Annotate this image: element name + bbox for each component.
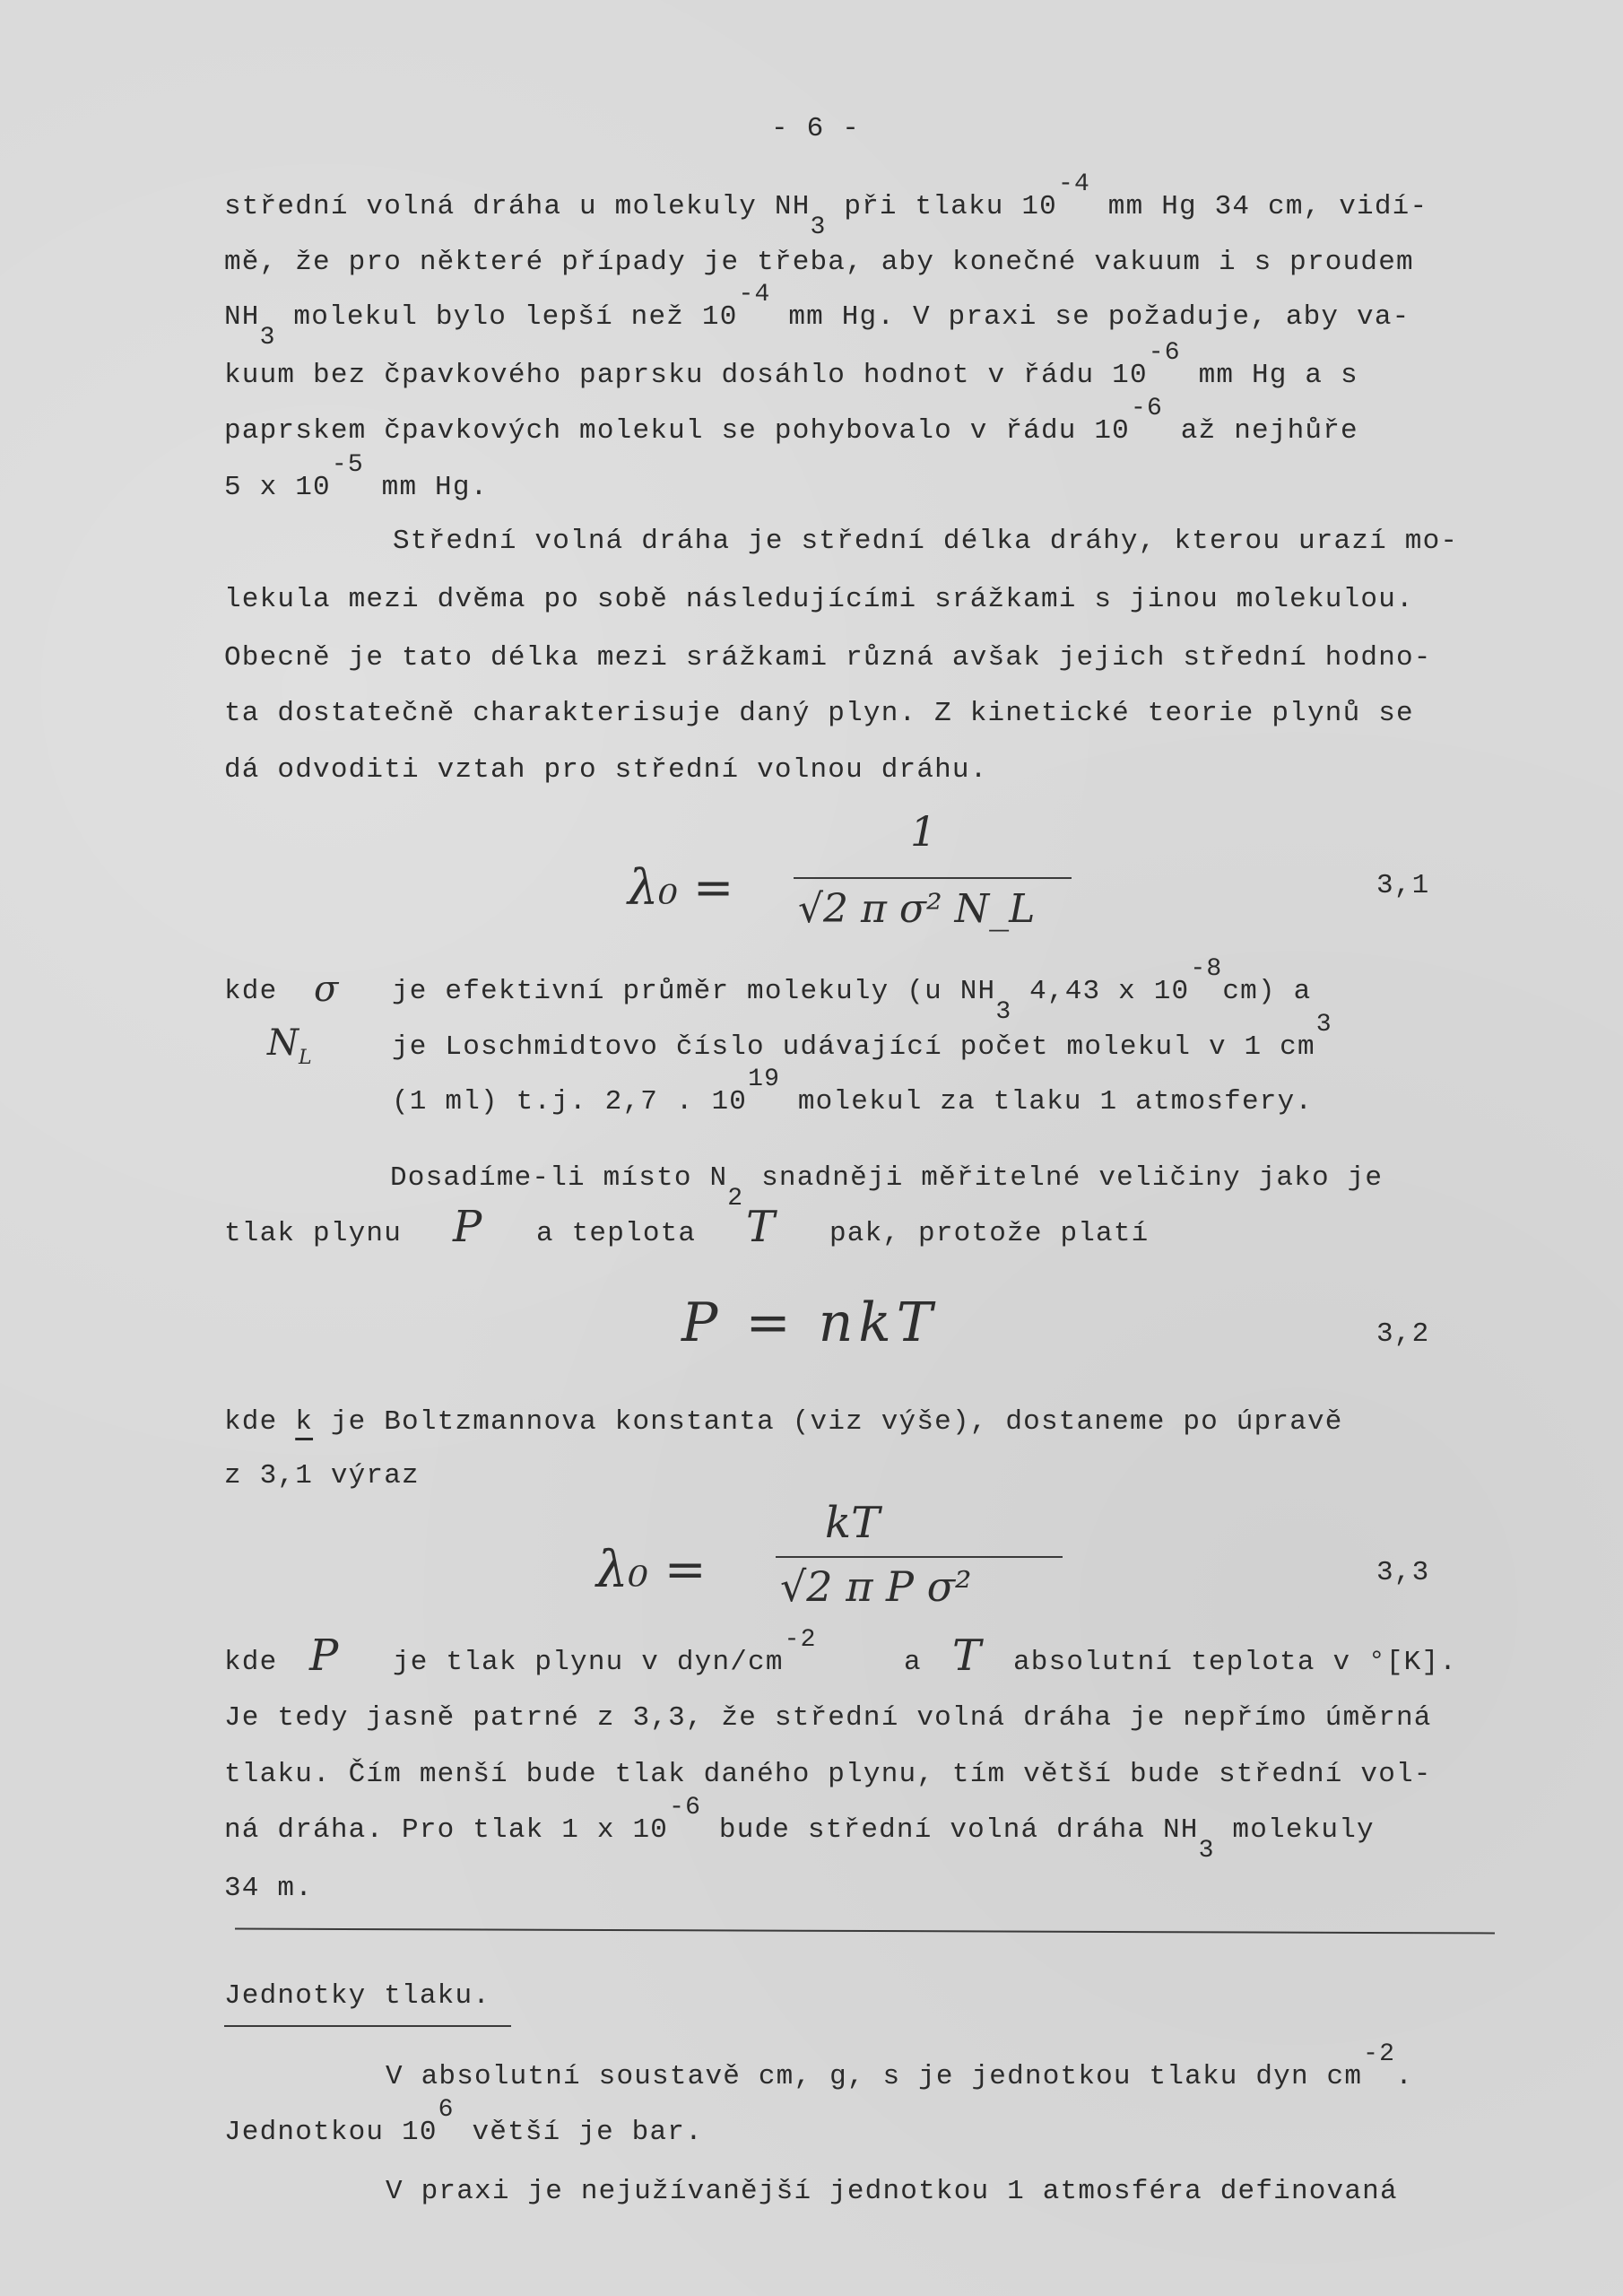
pressure-symbol: P (453, 1202, 482, 1252)
fraction-bar (794, 877, 1072, 879)
text-line: Obecně je tato délka mezi srážkami různá… (224, 644, 1432, 672)
loschmidt-symbol: NL (267, 1022, 312, 1064)
text-line: Jednotkou 106 větší je bar. (224, 2118, 703, 2146)
text-line: je Loschmidtovo číslo udávající počet mo… (392, 1033, 1332, 1061)
text-line: 5 x 10-5 mm Hg. (224, 474, 488, 501)
temperature-symbol: T (746, 1202, 775, 1252)
text-line: NH3 molekul bylo lepší než 10-4 mm Hg. V… (224, 303, 1410, 331)
text-line: mě, že pro některé případy je třeba, aby… (224, 248, 1414, 276)
text-line: je tlak plynu v dyn/cm-2 (393, 1648, 817, 1676)
text-line: a (904, 1648, 922, 1676)
text-line: Střední volná dráha je střední délka drá… (393, 527, 1458, 555)
text-line: ta dostatečně charakterisuje daný plyn. … (224, 700, 1414, 727)
text-line: (1 ml) t.j. 2,7 . 1019 molekul za tlaku … (392, 1088, 1313, 1116)
equation-numerator: kT (825, 1498, 880, 1548)
text-line: pak, protože platí (829, 1220, 1149, 1248)
equation-lhs: λ₀ = (596, 1541, 707, 1599)
equation-numerator: 1 (910, 807, 936, 856)
page-number: - 6 - (771, 115, 860, 143)
text-line: tlak plynu (224, 1220, 402, 1248)
equation-denominator: √2 π P σ² (780, 1562, 971, 1611)
text-line: kde (224, 978, 277, 1005)
text-line: V absolutní soustavě cm, g, s je jednotk… (386, 2063, 1413, 2091)
heading-underline (224, 2025, 511, 2027)
text-line: lekula mezi dvěma po sobě následujícími … (224, 586, 1414, 613)
text-line: z 3,1 výraz (224, 1462, 420, 1490)
sigma-symbol: σ (314, 969, 338, 1010)
text-line: dá odvoditi vztah pro střední volnou drá… (224, 756, 988, 784)
text-line: Je tedy jasně patrné z 3,3, že střední v… (224, 1704, 1432, 1732)
text-line: V praxi je nejužívanější jednotkou 1 atm… (386, 2178, 1398, 2205)
section-heading: Jednotky tlaku. (224, 1982, 490, 2010)
text-line: a teplota (536, 1220, 696, 1248)
horizontal-rule (235, 1928, 1495, 1935)
text-line: střední volná dráha u molekuly NH3 při t… (224, 193, 1428, 221)
text-line: tlaku. Čím menší bude tlak daného plynu,… (224, 1761, 1432, 1788)
equation-number: 3,2 (1376, 1320, 1429, 1348)
text-line: absolutní teplota v °[K]. (1013, 1648, 1457, 1676)
text-line: je efektivní průměr molekuly (u NH3 4,43… (392, 978, 1311, 1005)
text-line: paprskem čpavkových molekul se pohyboval… (224, 417, 1358, 445)
text-line: ná dráha. Pro tlak 1 x 10-6 bude střední… (224, 1816, 1375, 1844)
equation-expression: P = nkT (681, 1291, 938, 1354)
text-line: Dosadíme-li místo N2 snadněji měřitelné … (390, 1164, 1383, 1192)
equation-denominator: √2 π σ² N_L (798, 886, 1035, 932)
text-line: 34 m. (224, 1874, 313, 1902)
temperature-symbol: T (952, 1631, 981, 1681)
equation-lhs: λ₀ = (628, 859, 733, 916)
text-line: kde k je Boltzmannova konstanta (viz výš… (224, 1408, 1343, 1436)
fraction-bar (776, 1556, 1063, 1558)
text-line: kde (224, 1648, 277, 1676)
text-line: kuum bez čpavkového paprsku dosáhlo hodn… (224, 361, 1358, 389)
equation-number: 3,1 (1376, 872, 1429, 900)
equation-number: 3,3 (1376, 1559, 1429, 1587)
pressure-symbol: P (309, 1631, 338, 1681)
